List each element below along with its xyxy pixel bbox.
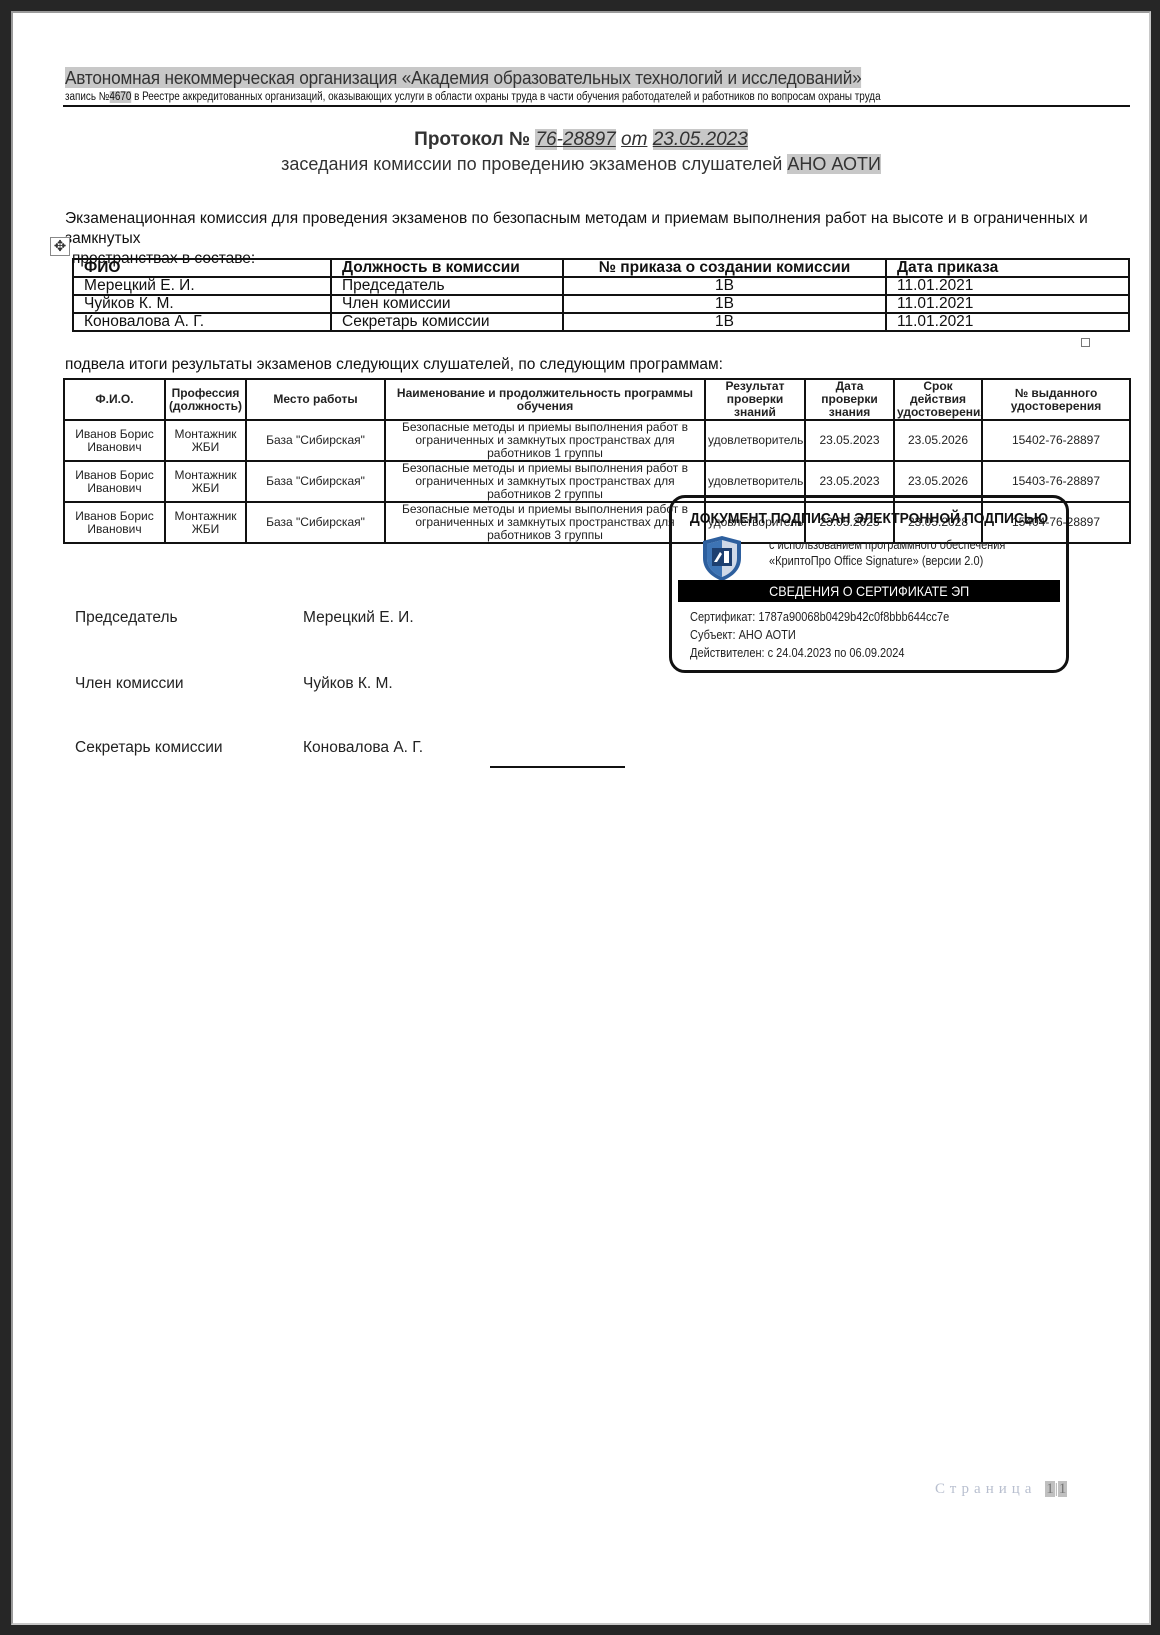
header-divider bbox=[63, 105, 1130, 107]
page-number: Страница 1|1 bbox=[935, 1481, 1067, 1498]
protocol-title: Протокол № 76-28897 от 23.05.2023 bbox=[13, 129, 1149, 151]
total-pages: 1 bbox=[1058, 1481, 1068, 1497]
table-row: Мерецкий Е. И.Председатель1В11.01.2021 bbox=[73, 277, 1129, 295]
table-header-row: ФИО Должность в комиссии № приказа о соз… bbox=[73, 259, 1129, 277]
certificate-subject: Субъект: АНО АОТИ bbox=[690, 626, 949, 644]
table-move-handle-icon[interactable]: ✥ bbox=[50, 237, 70, 256]
certificate-validity: Действителен: с 24.04.2023 по 06.09.2024 bbox=[690, 644, 949, 662]
commission-table: ФИО Должность в комиссии № приказа о соз… bbox=[72, 258, 1130, 332]
electronic-signature-stamp: ДОКУМЕНТ ПОДПИСАН ЭЛЕКТРОННОЙ ПОДПИСЬЮ с… bbox=[669, 495, 1069, 673]
stamp-title: ДОКУМЕНТ ПОДПИСАН ЭЛЕКТРОННОЙ ПОДПИСЬЮ bbox=[688, 510, 1050, 527]
registry-record: запись №4670 в Реестре аккредитованных о… bbox=[65, 91, 881, 103]
protocol-subtitle: заседания комиссии по проведению экзамен… bbox=[13, 154, 1149, 175]
protocol-date: 23.05.2023 bbox=[653, 129, 748, 150]
document-page: Автономная некоммерческая организация «А… bbox=[11, 11, 1151, 1625]
organization-name: Автономная некоммерческая организация «А… bbox=[65, 67, 862, 89]
shield-icon bbox=[700, 534, 744, 582]
current-page: 1 bbox=[1045, 1481, 1055, 1497]
certificate-details: Сертификат: 1787a90068b0429b42c0f8bbb644… bbox=[690, 608, 949, 662]
summary-text: подвела итоги результаты экзаменов следу… bbox=[65, 356, 723, 374]
signature-underline bbox=[490, 766, 625, 768]
table-header-row: Ф.И.О. Профессия (должность) Место работ… bbox=[64, 379, 1130, 420]
protocol-region: 76 bbox=[535, 129, 556, 150]
registry-number: 4670 bbox=[109, 91, 131, 103]
protocol-number: 28897 bbox=[563, 129, 616, 150]
certificate-info-bar: СВЕДЕНИЯ О СЕРТИФИКАТЕ ЭП bbox=[678, 580, 1060, 602]
table-row: Коновалова А. Г.Секретарь комиссии1В11.0… bbox=[73, 313, 1129, 331]
table-row: Иванов Борис ИвановичМонтажник ЖБИБаза "… bbox=[64, 420, 1130, 461]
certificate-serial: Сертификат: 1787a90068b0429b42c0f8bbb644… bbox=[690, 608, 949, 626]
stamp-software: с использованием программного обеспечени… bbox=[769, 537, 1005, 569]
table-row: Чуйков К. М.Член комиссии1В11.01.2021 bbox=[73, 295, 1129, 313]
table-resize-handle[interactable] bbox=[1081, 338, 1090, 347]
